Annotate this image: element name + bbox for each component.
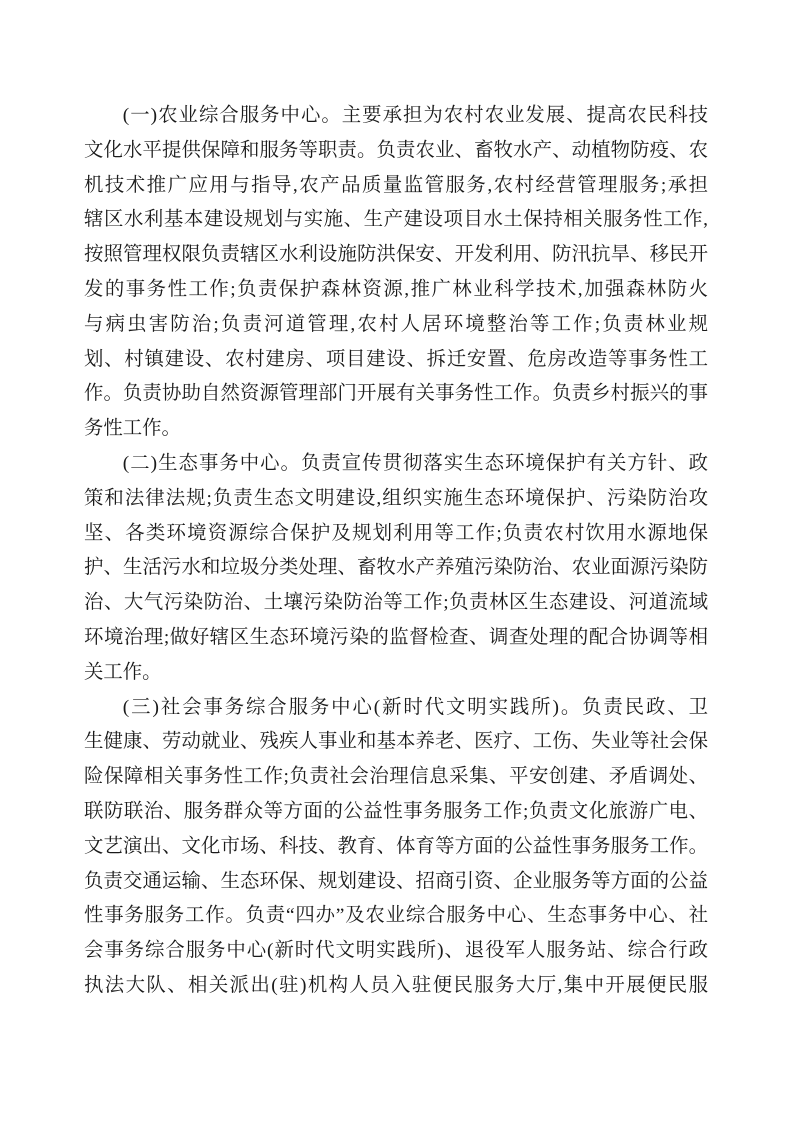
text-line: 发的事务性工作;负责保护森林资源,推广林业科学技术,加强森林防火: [84, 273, 708, 308]
text-line: 环境治理;做好辖区生态环境污染的监督检查、调查处理的配合协调等相: [84, 621, 708, 656]
text-line: 险保障相关事务性工作;负责社会治理信息采集、平安创建、矛盾调处、: [84, 760, 708, 795]
text-line: 坚、各类环境资源综合保护及规划利用等工作;负责农村饮用水源地保: [84, 517, 708, 552]
text-line: (一)农业综合服务中心。主要承担为农村农业发展、提高农民科技: [84, 99, 708, 134]
paragraph-social-affairs-center: (三)社会事务综合服务中心(新时代文明实践所)。负责民政、卫 生健康、劳动就业、…: [84, 691, 708, 1004]
text-line: (二)生态事务中心。负责宣传贯彻落实生态环境保护有关方针、政: [84, 447, 708, 482]
text-line: 文艺演出、文化市场、科技、教育、体育等方面的公益性事务服务工作。: [84, 830, 708, 865]
text-line: (三)社会事务综合服务中心(新时代文明实践所)。负责民政、卫: [84, 691, 708, 726]
text-line: 性事务服务工作。负责“四办”及农业综合服务中心、生态事务中心、社: [84, 899, 708, 934]
text-line: 护、生活污水和垃圾分类处理、畜牧水产养殖污染防治、农业面源污染防: [84, 551, 708, 586]
text-line: 治、大气污染防治、土壤污染防治等工作;负责林区生态建设、河道流域: [84, 586, 708, 621]
text-line: 按照管理权限负责辖区水利设施防洪保安、开发利用、防汛抗旱、移民开: [84, 238, 708, 273]
text-line: 生健康、劳动就业、残疾人事业和基本养老、医疗、工伤、失业等社会保: [84, 725, 708, 760]
text-line: 作。负责协助自然资源管理部门开展有关事务性工作。负责乡村振兴的事: [84, 377, 708, 412]
paragraph-agriculture-center: (一)农业综合服务中心。主要承担为农村农业发展、提高农民科技 文化水平提供保障和…: [84, 99, 708, 447]
text-line: 策和法律法规;负责生态文明建设,组织实施生态环境保护、污染防治攻: [84, 482, 708, 517]
text-line: 负责交通运输、生态环保、规划建设、招商引资、企业服务等方面的公益: [84, 865, 708, 900]
text-line: 划、村镇建设、农村建房、项目建设、拆迁安置、危房改造等事务性工: [84, 343, 708, 378]
text-line: 务性工作。: [84, 412, 708, 447]
text-line: 机技术推广应用与指导,农产品质量监管服务,农村经营管理服务;承担: [84, 169, 708, 204]
text-line: 执法大队、相关派出(驻)机构人员入驻便民服务大厅,集中开展便民服: [84, 969, 708, 1004]
text-line: 关工作。: [84, 656, 708, 691]
text-line: 联防联治、服务群众等方面的公益性事务服务工作;负责文化旅游广电、: [84, 795, 708, 830]
text-line: 会事务综合服务中心(新时代文明实践所)、退役军人服务站、综合行政: [84, 934, 708, 969]
text-line: 辖区水利基本建设规划与实施、生产建设项目水土保持相关服务性工作,: [84, 203, 708, 238]
text-line: 文化水平提供保障和服务等职责。负责农业、畜牧水产、动植物防疫、农: [84, 134, 708, 169]
document-page: (一)农业综合服务中心。主要承担为农村农业发展、提高农民科技 文化水平提供保障和…: [0, 0, 793, 1122]
text-line: 与病虫害防治;负责河道管理,农村人居环境整治等工作;负责林业规: [84, 308, 708, 343]
paragraph-ecology-center: (二)生态事务中心。负责宣传贯彻落实生态环境保护有关方针、政 策和法律法规;负责…: [84, 447, 708, 691]
document-body: (一)农业综合服务中心。主要承担为农村农业发展、提高农民科技 文化水平提供保障和…: [84, 99, 708, 1004]
